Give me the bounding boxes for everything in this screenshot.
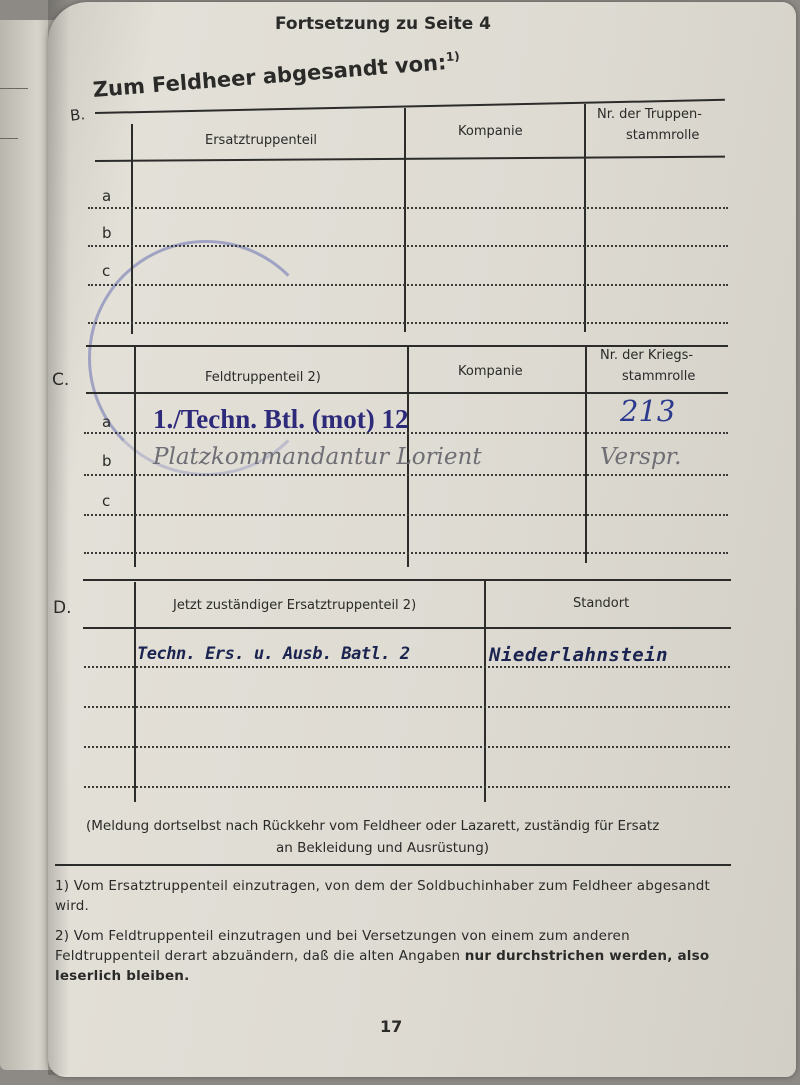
- handwritten-unit-entry: Techn. Ers. u. Ausb. Batl. 2: [137, 644, 410, 664]
- section-c-col-divider: [134, 345, 136, 567]
- entry-line: [88, 322, 728, 324]
- entry-line: [88, 284, 728, 286]
- section-c-col-divider: [585, 345, 587, 563]
- entry-line: [84, 552, 728, 554]
- section-d-col-divider: [484, 579, 486, 802]
- footnote-2: 2) Vom Feldtruppenteil einzutragen und b…: [55, 926, 735, 986]
- row-letter-a: a: [102, 187, 111, 205]
- column-header-nr: Nr. der Truppen-: [597, 107, 702, 122]
- column-header-ersatztruppenteil: Jetzt zuständiger Ersatztruppenteil 2): [173, 598, 416, 613]
- row-letter-b: b: [102, 452, 112, 470]
- section-b-col-divider: [404, 108, 406, 332]
- row-letter-c: c: [102, 492, 110, 510]
- column-header-nr-line2: stammrolle: [622, 369, 695, 384]
- handwritten-number-entry: 213: [620, 394, 675, 428]
- entry-line: [84, 746, 730, 748]
- section-d-top-rule: [83, 579, 731, 581]
- pencil-number-entry: Verspr.: [600, 444, 681, 470]
- section-b-col-divider: [131, 124, 133, 334]
- section-d-note-line2: an Bekleidung und Ausrüstung): [276, 840, 489, 856]
- column-header-nr: Nr. der Kriegs-: [600, 348, 693, 363]
- section-c-label: C.: [52, 370, 69, 390]
- row-letter-b: b: [102, 224, 112, 242]
- footnote-separator: [55, 864, 731, 866]
- section-b-label: B.: [69, 105, 86, 124]
- section-d-header-rule: [83, 627, 731, 629]
- entry-line: [84, 474, 728, 476]
- section-b-col-divider: [584, 104, 586, 332]
- entry-line: [84, 786, 730, 788]
- entry-line: [84, 666, 730, 668]
- entry-line: [84, 706, 730, 708]
- faded-stamp: [88, 240, 324, 476]
- column-header-ersatztruppenteil: Ersatztruppenteil: [205, 133, 317, 148]
- pencil-unit-entry: Platzkommandantur Lorient: [153, 444, 482, 470]
- footnote-1: 1) Vom Ersatztruppenteil einzutragen, vo…: [55, 876, 735, 916]
- column-header-kompanie: Kompanie: [458, 364, 523, 379]
- section-d-col-divider: [134, 582, 136, 802]
- column-header-nr-line2: stammrolle: [626, 128, 699, 143]
- column-header-standort: Standort: [573, 596, 629, 611]
- handwritten-location-entry: Niederlahnstein: [489, 644, 668, 666]
- section-d-label: D.: [53, 598, 72, 618]
- column-header-kompanie: Kompanie: [458, 124, 523, 139]
- page-number: 17: [380, 1017, 402, 1036]
- row-letter-a: a: [102, 413, 111, 431]
- entry-line: [88, 207, 728, 209]
- page-heading: Fortsetzung zu Seite 4: [275, 14, 491, 34]
- entry-line: [84, 432, 728, 434]
- footnote-ref: 1): [445, 49, 460, 64]
- entry-line: [84, 514, 728, 516]
- column-header-feldtruppenteil: Feldtruppenteil 2): [205, 370, 321, 385]
- row-letter-c: c: [102, 262, 110, 280]
- section-d-note-line1: (Meldung dortselbst nach Rückkehr vom Fe…: [86, 818, 659, 834]
- typed-unit-entry: 1./Techn. Btl. (mot) 12: [153, 404, 409, 435]
- entry-line: [88, 245, 728, 247]
